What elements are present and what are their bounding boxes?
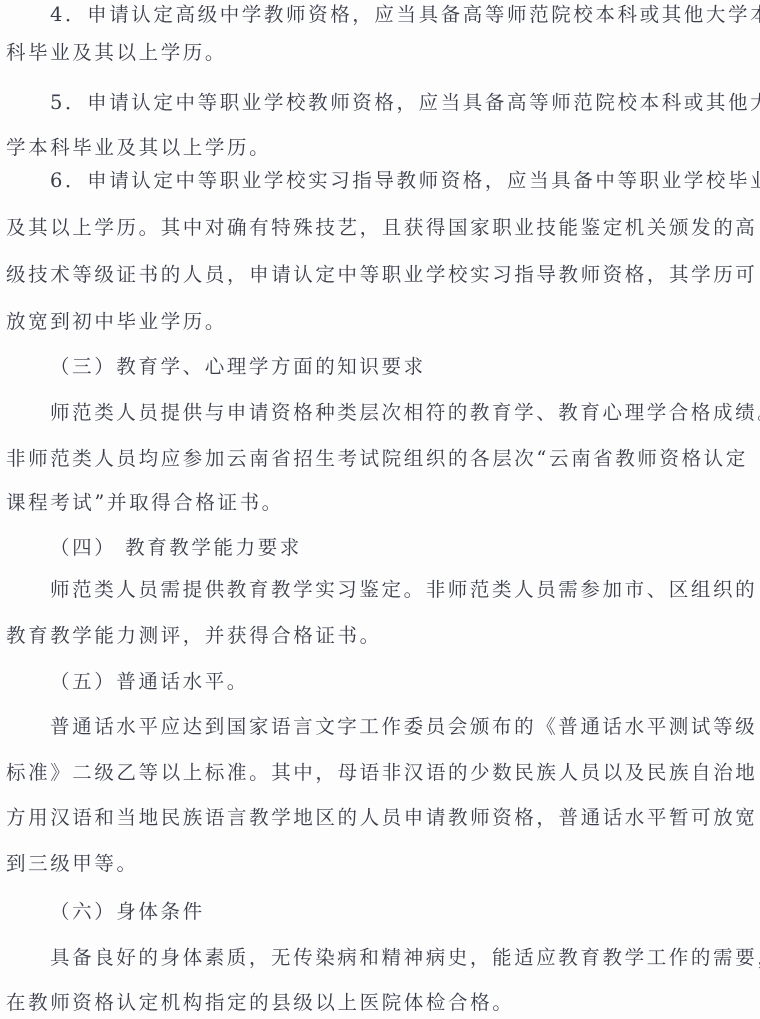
item-6-line-4: 放宽到初中毕业学历。 [6, 309, 718, 335]
section-3-line-3: 课程考试”并取得合格证书。 [6, 490, 718, 516]
section-6-line-2: 在教师资格认定机构指定的县级以上医院体检合格。 [6, 990, 718, 1016]
section-5-line-3: 方用汉语和当地民族语言教学地区的人员申请教师资格，普通话水平暂可放宽 [6, 805, 718, 831]
item-5-line-1: 5．申请认定中等职业学校教师资格，应当具备高等师范院校本科或其他大 [50, 90, 718, 116]
section-4-line-2: 教育教学能力测评，并获得合格证书。 [6, 623, 718, 649]
section-heading-3: （三）教育学、心理学方面的知识要求 [50, 354, 718, 380]
section-heading-5: （五）普通话水平。 [50, 669, 718, 695]
item-4-line-2: 科毕业及其以上学历。 [6, 40, 718, 66]
section-3-line-1: 师范类人员提供与申请资格种类层次相符的教育学、教育心理学合格成绩。 [50, 400, 718, 426]
section-heading-6: （六）身体条件 [50, 899, 718, 925]
item-5-line-2: 学本科毕业及其以上学历。 [6, 135, 718, 161]
item-6-line-2: 及其以上学历。其中对确有特殊技艺，且获得国家职业技能鉴定机关颁发的高 [6, 215, 718, 241]
section-4-line-1: 师范类人员需提供教育教学实习鉴定。非师范类人员需参加市、区组织的 [50, 577, 718, 603]
document-page: 4．申请认定高级中学教师资格，应当具备高等师范院校本科或其他大学本 科毕业及其以… [0, 0, 760, 1019]
item-4-line-1: 4．申请认定高级中学教师资格，应当具备高等师范院校本科或其他大学本 [50, 2, 718, 28]
item-6-line-3: 级技术等级证书的人员，申请认定中等职业学校实习指导教师资格，其学历可 [6, 262, 718, 288]
section-5-line-2: 标准》二级乙等以上标准。其中，母语非汉语的少数民族人员以及民族自治地 [6, 760, 718, 786]
section-heading-4: （四） 教育教学能力要求 [50, 535, 718, 561]
section-6-line-1: 具备良好的身体素质，无传染病和精神病史，能适应教育教学工作的需要， [50, 945, 718, 971]
section-5-line-1: 普通话水平应达到国家语言文字工作委员会颁布的《普通话水平测试等级 [50, 714, 718, 740]
item-6-line-1: 6．申请认定中等职业学校实习指导教师资格，应当具备中等职业学校毕业 [50, 168, 718, 194]
section-3-line-2: 非师范类人员均应参加云南省招生考试院组织的各层次“云南省教师资格认定 [6, 446, 718, 472]
section-5-line-4: 到三级甲等。 [6, 851, 718, 877]
